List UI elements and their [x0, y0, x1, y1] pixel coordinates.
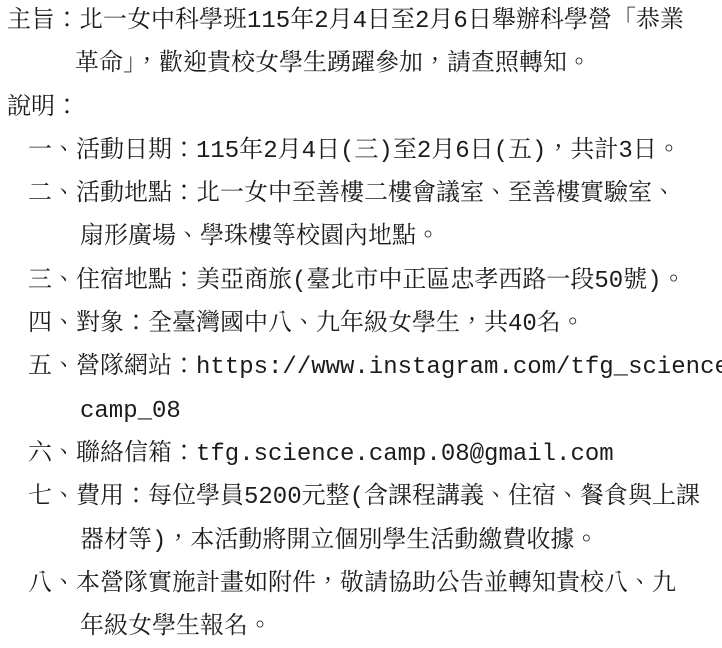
item-number: 七、 [28, 484, 76, 511]
list-item-5-wrap: camp_08 [80, 390, 722, 433]
item-text: 住宿地點：美亞商旅(臺北市中正區忠孝西路一段50號)。 [76, 268, 686, 295]
list-item-7-wrap: 器材等)，本活動將開立個別學生活動繳費收據。 [80, 520, 722, 563]
item-text: 本營隊實施計畫如附件，敬請協助公告並轉知貴校八、九 [76, 571, 676, 598]
item-number: 八、 [28, 571, 76, 598]
item-text: 費用：每位學員5200元整(含課程講義、住宿、餐食與上課 [76, 484, 700, 511]
list-item-1: 一、活動日期：115年2月4日(三)至2月6日(五)，共計3日。 [28, 130, 722, 173]
subject-line-1: 主旨：北一女中科學班115年2月4日至2月6日舉辦科學營「恭業 [7, 0, 722, 43]
explanation-label: 說明： [7, 87, 722, 130]
official-letter-body: 主旨：北一女中科學班115年2月4日至2月6日舉辦科學營「恭業 革命」，歡迎貴校… [0, 0, 722, 648]
item-text: 活動日期：115年2月4日(三)至2月6日(五)，共計3日。 [76, 138, 681, 165]
camp-website-url: 營隊網站：https://www.instagram.com/tfg_scien… [76, 354, 722, 381]
list-item-8: 八、本營隊實施計畫如附件，敬請協助公告並轉知貴校八、九 [28, 563, 722, 606]
item-number: 六、 [28, 441, 76, 468]
list-item-2-wrap: 扇形廣場、學珠樓等校園內地點。 [80, 216, 722, 259]
list-item-5: 五、營隊網站：https://www.instagram.com/tfg_sci… [28, 346, 722, 389]
subject-text-wrap: 革命」，歡迎貴校女學生踴躍參加，請查照轉知。 [75, 51, 591, 78]
item-text-wrap: 年級女學生報名。 [80, 614, 272, 641]
item-text-wrap: 器材等)，本活動將開立個別學生活動繳費收據。 [80, 528, 598, 555]
subject-line-2: 革命」，歡迎貴校女學生踴躍參加，請查照轉知。 [75, 43, 722, 86]
item-number: 四、 [28, 311, 76, 338]
item-number: 一、 [28, 138, 76, 165]
item-text-wrap: 扇形廣場、學珠樓等校園內地點。 [80, 224, 440, 251]
subject-label: 主旨： [7, 8, 79, 35]
item-number: 三、 [28, 268, 76, 295]
item-text: 對象：全臺灣國中八、九年級女學生，共40名。 [76, 311, 585, 338]
item-number: 二、 [28, 181, 76, 208]
list-item-4: 四、對象：全臺灣國中八、九年級女學生，共40名。 [28, 303, 722, 346]
camp-website-url-wrap: camp_08 [80, 398, 181, 425]
list-item-2: 二、活動地點：北一女中至善樓二樓會議室、至善樓實驗室、 [28, 173, 722, 216]
item-text: 活動地點：北一女中至善樓二樓會議室、至善樓實驗室、 [76, 181, 676, 208]
list-item-7: 七、費用：每位學員5200元整(含課程講義、住宿、餐食與上課 [28, 476, 722, 519]
list-item-8-wrap: 年級女學生報名。 [80, 606, 722, 648]
item-number: 五、 [28, 354, 76, 381]
subject-text: 北一女中科學班115年2月4日至2月6日舉辦科學營「恭業 [79, 8, 684, 35]
contact-email: 聯絡信箱：tfg.science.camp.08@gmail.com [76, 441, 614, 468]
list-item-3: 三、住宿地點：美亞商旅(臺北市中正區忠孝西路一段50號)。 [28, 260, 722, 303]
list-item-6: 六、聯絡信箱：tfg.science.camp.08@gmail.com [28, 433, 722, 476]
explanation-label-text: 說明： [7, 95, 79, 122]
